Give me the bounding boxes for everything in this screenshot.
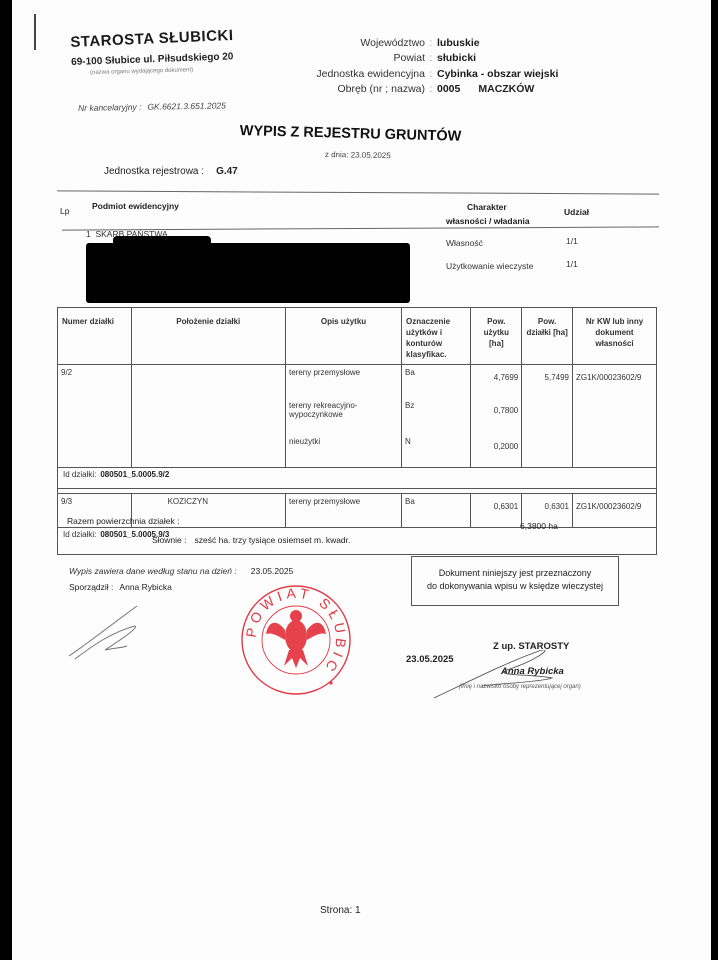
official-stamp-icon: POWIAT SŁUBICKI	[236, 578, 356, 698]
cell: tereny przemysłowe	[285, 365, 401, 399]
cell	[573, 434, 657, 468]
table-header-row: Numer działki Położenie działki Opis uży…	[58, 308, 657, 365]
cell: 0,6301	[471, 494, 522, 528]
document-page: STAROSTA SŁUBICKI 69-100 Słubice ul. Pił…	[12, 0, 711, 960]
location-row: Województwo:lubuskie	[302, 35, 558, 51]
signature-icon	[432, 650, 612, 700]
notice-box: Dokument niniejszy jest przeznaczony do …	[411, 556, 619, 606]
col-parcel-area: Pow. działki [ha]	[522, 308, 573, 365]
cell: Bz	[402, 398, 471, 434]
cell: 4,7699	[471, 365, 522, 399]
cell: ZG1K/00023602/9	[573, 365, 657, 399]
cell: 0,2000	[471, 434, 522, 468]
location-row: Obręb (nr ; nazwa):0005MACZKÓW	[302, 82, 558, 98]
redaction-block	[86, 243, 410, 303]
owner-2-character: Użytkowanie wieczyste	[446, 261, 533, 271]
owner-1-share: 1/1	[566, 236, 578, 246]
col-parcel-location: Położenie działki	[131, 308, 285, 365]
redaction-block	[113, 236, 211, 248]
total-area-label: Razem powierzchnia działek :	[67, 516, 179, 526]
col-kw-number: Nr KW lub inny dokument własności	[573, 308, 657, 365]
location-row: Powiat:słubicki	[302, 51, 558, 67]
owners-header-lp: Lp	[60, 206, 69, 216]
cell	[522, 398, 573, 434]
issuer-address: 69-100 Słubice ul. Piłsudskiego 20	[71, 51, 234, 68]
cell: 5,7499	[522, 365, 573, 399]
cell	[58, 434, 132, 468]
parcel-id: Id działki:080501_5.0005.9/3	[58, 528, 657, 555]
cell	[131, 365, 285, 468]
owner-2-share: 1/1	[566, 259, 578, 269]
col-use-description: Opis użytku	[285, 308, 401, 365]
divider	[57, 190, 659, 194]
owners-header-share: Udział	[564, 207, 589, 217]
col-parcel-number: Numer działki	[58, 308, 132, 365]
document-date: z dnia: 23.05.2025	[325, 150, 391, 160]
cell: Ba	[402, 494, 471, 528]
owner-1-character: Własność	[446, 238, 483, 248]
cell: tereny przemysłowe	[285, 494, 401, 528]
cell	[522, 434, 573, 468]
cell	[58, 398, 132, 434]
cell: tereny rekreacyjno-wypoczynkowe	[285, 398, 401, 434]
chancery-number: Nr kancelaryjny :GK.6621.3.651.2025	[78, 100, 226, 113]
total-area-value: 6,3800 ha	[520, 521, 558, 531]
document-title: WYPIS Z REJESTRU GRUNTÓW	[240, 123, 462, 145]
cell	[573, 398, 657, 434]
issuer-caption: (nazwa organu wydającego dokument)	[90, 67, 193, 76]
cell: N	[402, 434, 471, 468]
col-use-area: Pow. użytku [ha]	[471, 308, 522, 365]
location-block: Województwo:lubuskie Powiat:słubicki Jed…	[302, 35, 558, 97]
total-area-words: Słownie :sześć ha. trzy tysiące osiemset…	[152, 535, 350, 545]
issuer-name: STAROSTA SŁUBICKI	[70, 27, 234, 51]
parcel-id-row: Id działki:080501_5.0005.9/3	[58, 528, 657, 555]
col-use-symbol: Oznaczenie użytków i konturów klasyfikac…	[402, 308, 471, 365]
cell: nieużytki	[285, 434, 401, 468]
prepared-by: Sporządził :Anna Rybicka	[69, 582, 172, 592]
parcel-id-row: Id działki:080501_5.0005.9/2	[58, 468, 657, 489]
cell: 9/2	[58, 365, 132, 399]
cell: 0,7800	[471, 398, 522, 434]
page-number: Strona: 1	[320, 905, 361, 916]
data-state-date: Wypis zawiera dane według stanu na dzień…	[69, 566, 293, 576]
parcel-id: Id działki:080501_5.0005.9/2	[58, 468, 657, 489]
cell: Ba	[402, 365, 471, 399]
cell: ZG1K/00023602/9	[573, 494, 657, 528]
owners-header-subject: Podmiot ewidencyjny	[92, 201, 179, 211]
signature-icon	[67, 604, 147, 664]
owners-header-character: Charakter	[467, 202, 507, 212]
registration-unit: Jednostka rejestrowa :G.47	[104, 166, 238, 177]
location-row: Jednostka ewidencyjna:Cybinka - obszar w…	[302, 66, 558, 82]
scan-mark	[34, 14, 36, 50]
table-row: 9/2 tereny przemysłowe Ba 4,7699 5,7499 …	[58, 365, 657, 399]
owners-header-character-2: własności / władania	[446, 216, 530, 226]
